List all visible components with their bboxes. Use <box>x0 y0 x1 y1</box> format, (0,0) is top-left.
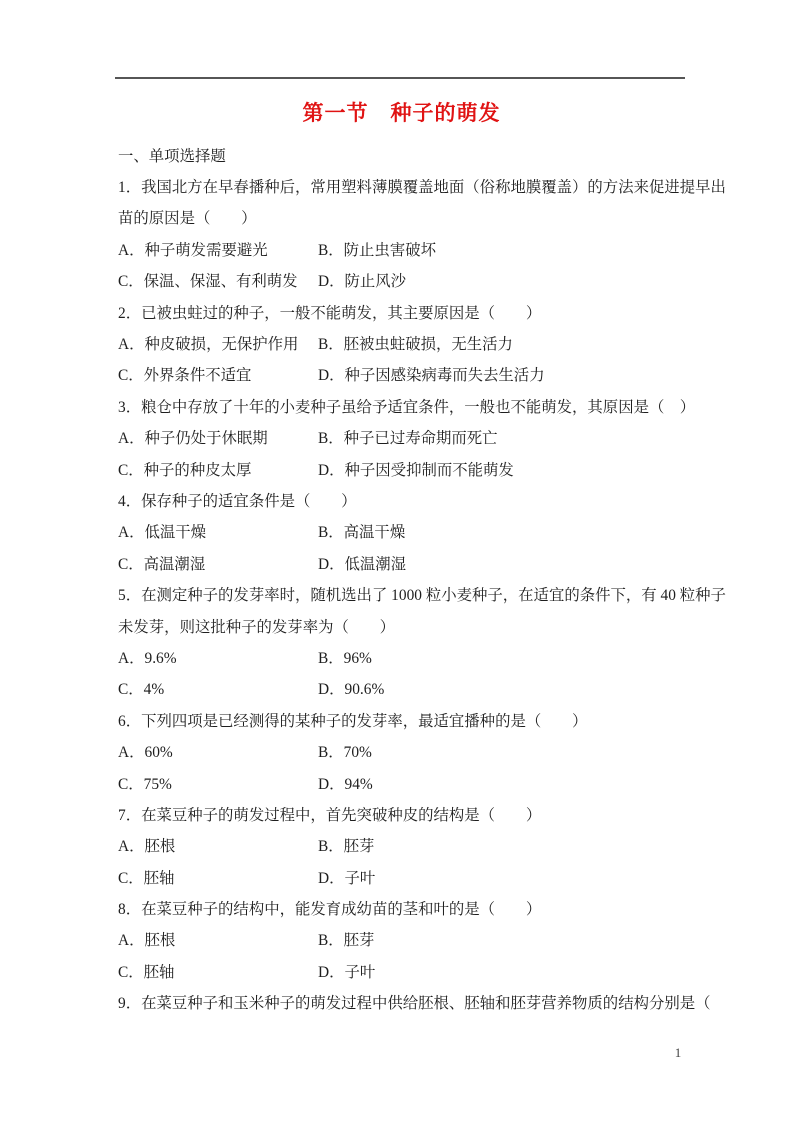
question-3-option-c: C．种子的种皮太厚 <box>118 458 318 480</box>
question-1-options-row-1: A．种子萌发需要避光 B．防止虫害破坏 <box>118 233 685 264</box>
question-4-option-b: B．高温干燥 <box>318 520 405 542</box>
question-2-options-row-2: C．外界条件不适宜 D．种子因感染病毒而失去生活力 <box>118 359 685 390</box>
question-2-stem: 2．已被虫蛀过的种子，一般不能萌发，其主要原因是（ ） <box>118 296 685 327</box>
question-8-stem: 8．在菜豆种子的结构中，能发育成幼苗的茎和叶的是（ ） <box>118 892 685 923</box>
question-8-option-c: C．胚轴 <box>118 960 318 982</box>
question-1-option-c: C．保温、保湿、有利萌发 <box>118 269 318 291</box>
question-4-option-c: C．高温潮湿 <box>118 552 318 574</box>
question-7-options-row-1: A．胚根 B．胚芽 <box>118 830 685 861</box>
question-6-option-b: B．70% <box>318 740 372 762</box>
question-6-options-row-2: C．75% D．94% <box>118 767 685 798</box>
question-4-option-a: A．低温干燥 <box>118 520 318 542</box>
question-8-option-d: D．子叶 <box>318 960 375 982</box>
question-2-option-d: D．种子因感染病毒而失去生活力 <box>318 363 545 385</box>
question-5-stem-line-1: 5．在测定种子的发芽率时，随机选出了 1000 粒小麦种子，在适宜的条件下，有 … <box>118 578 685 609</box>
question-6-stem: 6．下列四项是已经测得的某种子的发芽率，最适宜播种的是（ ） <box>118 704 685 735</box>
question-7-option-c: C．胚轴 <box>118 866 318 888</box>
question-2-option-c: C．外界条件不适宜 <box>118 363 318 385</box>
question-7-stem: 7．在菜豆种子的萌发过程中，首先突破种皮的结构是（ ） <box>118 798 685 829</box>
question-4-options-row-2: C．高温潮湿 D．低温潮湿 <box>118 547 685 578</box>
question-8-option-a: A．胚根 <box>118 928 318 950</box>
question-5-option-a: A．9.6% <box>118 646 318 668</box>
question-2-option-a: A．种皮破损，无保护作用 <box>118 332 318 354</box>
page-title: 第一节 种子的萌发 <box>118 97 685 127</box>
question-1-option-a: A．种子萌发需要避光 <box>118 238 318 260</box>
section-heading: 一、单项选择题 <box>118 139 685 170</box>
question-3-option-a: A．种子仍处于休眠期 <box>118 426 318 448</box>
question-5-option-d: D．90.6% <box>318 677 384 699</box>
question-2-option-b: B．胚被虫蛀破损，无生活力 <box>318 332 513 354</box>
question-1-stem-line-1: 1．我国北方在早春播种后，常用塑料薄膜覆盖地面（俗称地膜覆盖）的方法来促进提早出 <box>118 170 685 201</box>
question-4-stem: 4．保存种子的适宜条件是（ ） <box>118 484 685 515</box>
question-7-options-row-2: C．胚轴 D．子叶 <box>118 861 685 892</box>
question-8-option-b: B．胚芽 <box>318 928 374 950</box>
question-4-option-d: D．低温潮湿 <box>318 552 406 574</box>
worksheet-body: 一、单项选择题 1．我国北方在早春播种后，常用塑料薄膜覆盖地面（俗称地膜覆盖）的… <box>118 139 685 1018</box>
question-4-options-row-1: A．低温干燥 B．高温干燥 <box>118 516 685 547</box>
question-8-options-row-1: A．胚根 B．胚芽 <box>118 924 685 955</box>
question-3-options-row-2: C．种子的种皮太厚 D．种子因受抑制而不能萌发 <box>118 453 685 484</box>
question-5-option-c: C．4% <box>118 677 318 699</box>
question-3-stem: 3．粮仓中存放了十年的小麦种子虽给予适宜条件，一般也不能萌发，其原因是（ ） <box>118 390 685 421</box>
question-1-stem-line-2: 苗的原因是（ ） <box>118 202 685 233</box>
question-9-stem: 9．在菜豆种子和玉米种子的萌发过程中供给胚根、胚轴和胚芽营养物质的结构分别是（ <box>118 987 685 1018</box>
question-3-option-b: B．种子已过寿命期而死亡 <box>318 426 498 448</box>
question-7-option-b: B．胚芽 <box>318 834 374 856</box>
question-6-option-d: D．94% <box>318 772 373 794</box>
question-6-options-row-1: A．60% B．70% <box>118 735 685 766</box>
question-5-options-row-2: C．4% D．90.6% <box>118 673 685 704</box>
question-1-option-d: D．防止风沙 <box>318 269 406 291</box>
header-rule <box>115 77 685 79</box>
question-7-option-d: D．子叶 <box>318 866 375 888</box>
question-7-option-a: A．胚根 <box>118 834 318 856</box>
question-2-options-row-1: A．种皮破损，无保护作用 B．胚被虫蛀破损，无生活力 <box>118 327 685 358</box>
question-3-options-row-1: A．种子仍处于休眠期 B．种子已过寿命期而死亡 <box>118 422 685 453</box>
question-6-option-c: C．75% <box>118 772 318 794</box>
question-5-options-row-1: A．9.6% B．96% <box>118 641 685 672</box>
question-6-option-a: A．60% <box>118 740 318 762</box>
question-3-option-d: D．种子因受抑制而不能萌发 <box>318 458 514 480</box>
question-1-options-row-2: C．保温、保湿、有利萌发 D．防止风沙 <box>118 265 685 296</box>
question-1-option-b: B．防止虫害破坏 <box>318 238 436 260</box>
question-8-options-row-2: C．胚轴 D．子叶 <box>118 955 685 986</box>
worksheet-page: 第一节 种子的萌发 一、单项选择题 1．我国北方在早春播种后，常用塑料薄膜覆盖地… <box>0 0 800 1132</box>
question-5-stem-line-2: 未发芽，则这批种子的发芽率为（ ） <box>118 610 685 641</box>
question-5-option-b: B．96% <box>318 646 372 668</box>
page-number: 1 <box>668 1045 688 1061</box>
